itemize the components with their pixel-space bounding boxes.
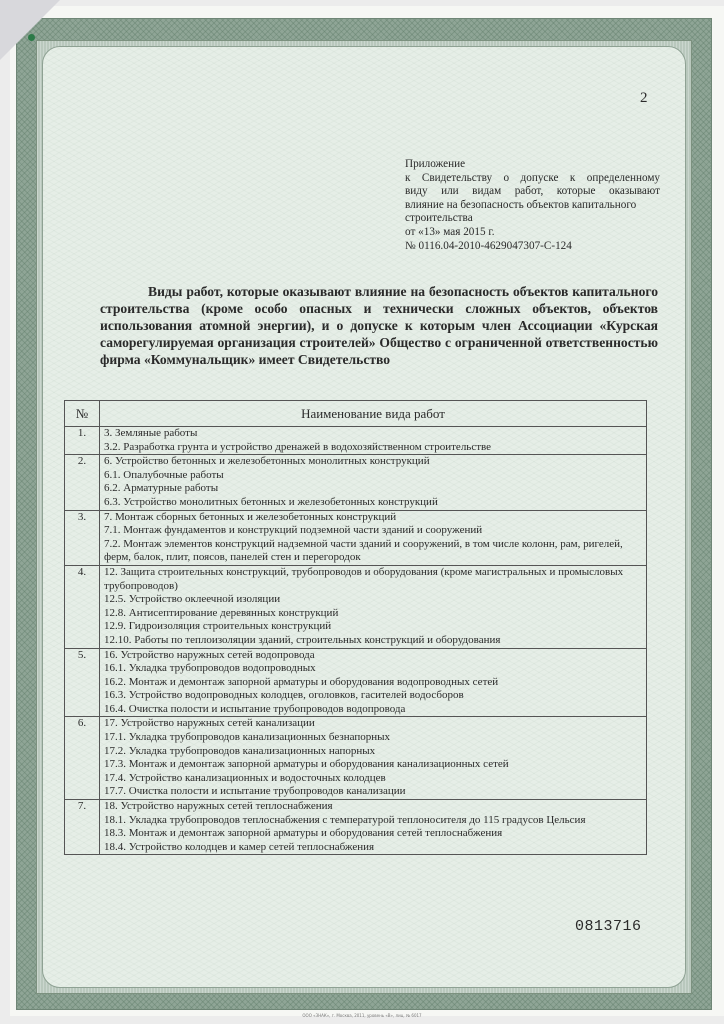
work-subitem: 6.1. Опалубочные работы	[104, 469, 642, 483]
document-content: 2 Приложение к Свидетельству о допуске к…	[0, 0, 724, 1024]
work-items: 6. Устройство бетонных и железобетонных …	[100, 455, 647, 510]
work-subitem: 18.1. Укладка трубопроводов теплоснабжен…	[104, 814, 642, 828]
appendix-line: строительства	[405, 212, 660, 226]
work-items: 17. Устройство наружных сетей канализаци…	[100, 717, 647, 800]
row-number: 3.	[65, 510, 100, 565]
work-group-title: 12. Защита строительных конструкций, тру…	[104, 566, 642, 593]
table-header-row: № Наименование вида работ	[65, 401, 647, 427]
work-subitem: 3.2. Разработка грунта и устройство дрен…	[104, 441, 642, 455]
work-group-title: 6. Устройство бетонных и железобетонных …	[104, 455, 642, 469]
document-heading: Виды работ, которые оказывают влияние на…	[100, 283, 658, 368]
works-table: № Наименование вида работ 1.3. Земляные …	[64, 400, 647, 855]
table-row: 2.6. Устройство бетонных и железобетонны…	[65, 455, 647, 510]
work-subitem: 6.3. Устройство монолитных бетонных и же…	[104, 496, 642, 510]
work-group-title: 16. Устройство наружных сетей водопровод…	[104, 649, 642, 663]
work-subitem: 17.7. Очистка полости и испытание трубоп…	[104, 785, 642, 799]
table-row: 5.16. Устройство наружных сетей водопров…	[65, 648, 647, 717]
work-items: 16. Устройство наружных сетей водопровод…	[100, 648, 647, 717]
work-subitem: 16.1. Укладка трубопроводов водопроводны…	[104, 662, 642, 676]
row-number: 1.	[65, 427, 100, 455]
row-number: 2.	[65, 455, 100, 510]
row-number: 4.	[65, 565, 100, 648]
appendix-line: виду или видам работ, которые оказывают	[405, 185, 660, 199]
work-subitem: 16.3. Устройство водопроводных колодцев,…	[104, 689, 642, 703]
table-row: 3.7. Монтаж сборных бетонных и железобет…	[65, 510, 647, 565]
work-group-title: 3. Земляные работы	[104, 427, 642, 441]
appendix-date: от «13» мая 2015 г.	[405, 226, 660, 240]
work-subitem: 12.9. Гидроизоляция строительных констру…	[104, 620, 642, 634]
printer-imprint: ООО «ЗНАК», г. Москва, 2011, уровень «В»…	[0, 1013, 724, 1018]
work-items: 3. Земляные работы3.2. Разработка грунта…	[100, 427, 647, 455]
work-subitem: 17.2. Укладка трубопроводов канализацион…	[104, 745, 642, 759]
work-subitem: 18.3. Монтаж и демонтаж запорной арматур…	[104, 827, 642, 841]
column-header-work-type: Наименование вида работ	[100, 401, 647, 427]
table-row: 4.12. Защита строительных конструкций, т…	[65, 565, 647, 648]
column-header-number: №	[65, 401, 100, 427]
appendix-line: влияние на безопасность объектов капитал…	[405, 199, 660, 213]
table-body: 1.3. Земляные работы3.2. Разработка грун…	[65, 427, 647, 855]
row-number: 7.	[65, 800, 100, 855]
appendix-line: к Свидетельству о допуске к определенном…	[405, 172, 660, 186]
work-subitem: 12.10. Работы по теплоизоляции зданий, с…	[104, 634, 642, 648]
work-subitem: 17.3. Монтаж и демонтаж запорной арматур…	[104, 758, 642, 772]
certificate-number: № 0116.04-2010-4629047307-С-124	[405, 240, 660, 254]
appendix-line: Приложение	[405, 158, 660, 172]
work-group-title: 17. Устройство наружных сетей канализаци…	[104, 717, 642, 731]
page-number: 2	[640, 90, 648, 107]
serial-number: 0813716	[575, 918, 642, 935]
work-subitem: 16.4. Очистка полости и испытание трубоп…	[104, 703, 642, 717]
work-subitem: 17.4. Устройство канализационных и водос…	[104, 772, 642, 786]
work-subitem: 6.2. Арматурные работы	[104, 482, 642, 496]
work-items: 18. Устройство наружных сетей теплоснабж…	[100, 800, 647, 855]
work-subitem: 17.1. Укладка трубопроводов канализацион…	[104, 731, 642, 745]
work-subitem: 12.8. Антисептирование деревянных констр…	[104, 607, 642, 621]
table-row: 1.3. Земляные работы3.2. Разработка грун…	[65, 427, 647, 455]
work-group-title: 7. Монтаж сборных бетонных и железобетон…	[104, 511, 642, 525]
appendix-reference: Приложение к Свидетельству о допуске к о…	[405, 158, 660, 253]
row-number: 6.	[65, 717, 100, 800]
work-items: 7. Монтаж сборных бетонных и железобетон…	[100, 510, 647, 565]
row-number: 5.	[65, 648, 100, 717]
work-subitem: 7.1. Монтаж фундаментов и конструкций по…	[104, 524, 642, 538]
work-subitem: 18.4. Устройство колодцев и камер сетей …	[104, 841, 642, 855]
work-subitem: 12.5. Устройство оклеечной изоляции	[104, 593, 642, 607]
work-group-title: 18. Устройство наружных сетей теплоснабж…	[104, 800, 642, 814]
work-subitem: 16.2. Монтаж и демонтаж запорной арматур…	[104, 676, 642, 690]
table-row: 7.18. Устройство наружных сетей теплосна…	[65, 800, 647, 855]
work-subitem: 7.2. Монтаж элементов конструкций надзем…	[104, 538, 642, 565]
table-row: 6.17. Устройство наружных сетей канализа…	[65, 717, 647, 800]
heading-text: Виды работ, которые оказывают влияние на…	[100, 283, 658, 368]
work-items: 12. Защита строительных конструкций, тру…	[100, 565, 647, 648]
